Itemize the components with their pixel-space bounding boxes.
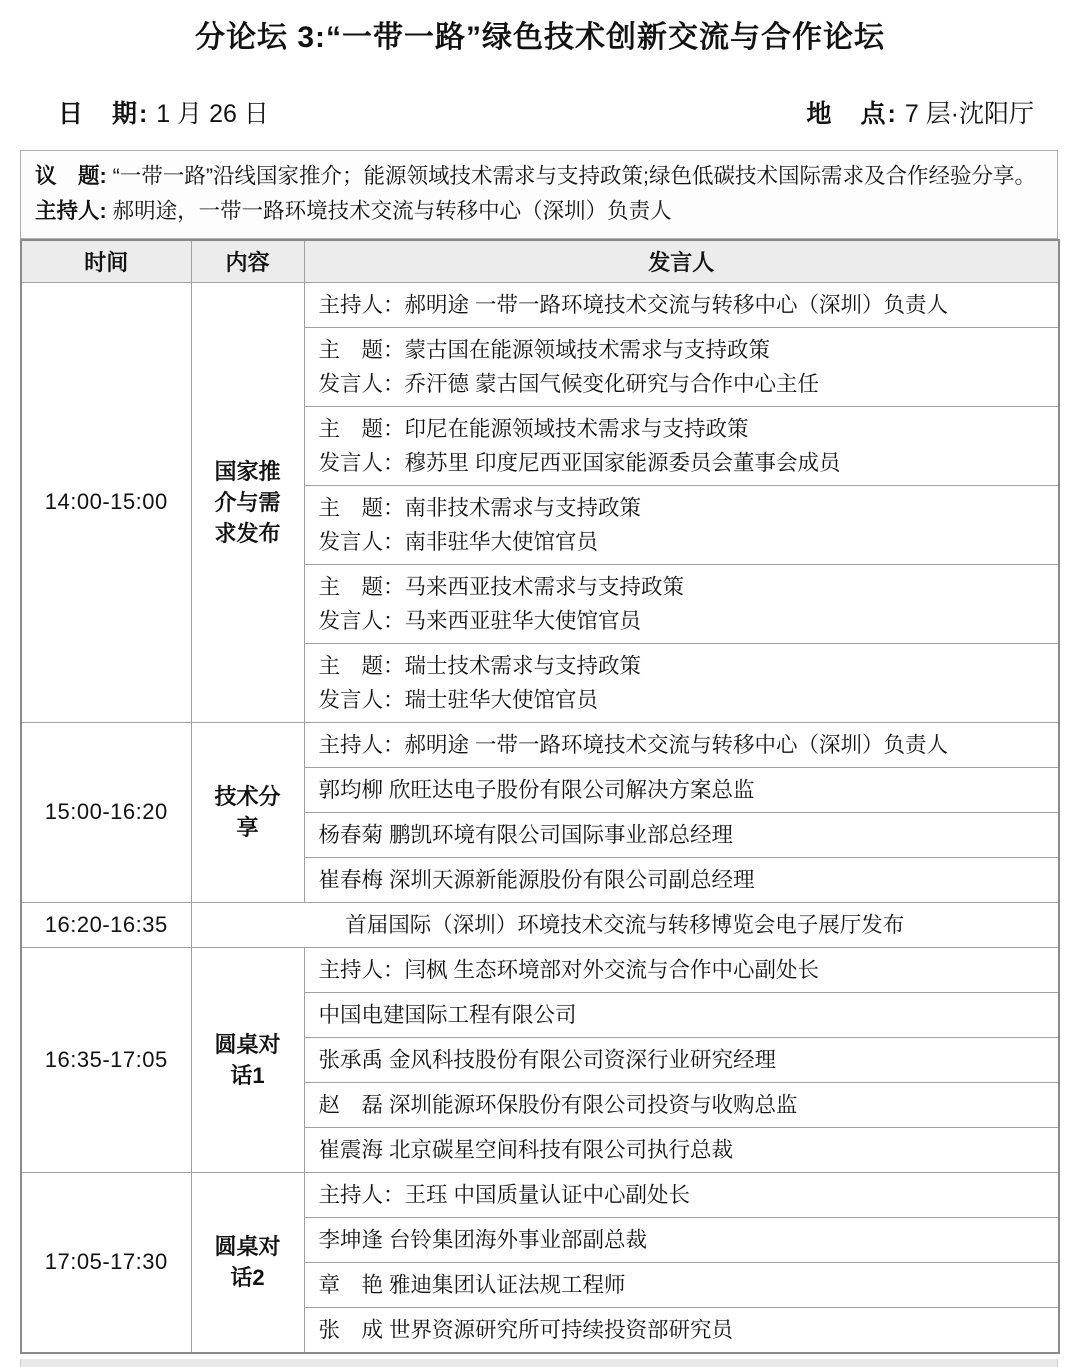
agenda-row: 16:20-16:35首届国际（深圳）环境技术交流与转移博览会电子展厅发布: [21, 902, 1059, 947]
speaker-line: 崔春梅 深圳天源新能源股份有限公司副总经理: [319, 863, 1047, 897]
speaker-line: 主 题：蒙古国在能源领域技术需求与支持政策: [319, 333, 1047, 367]
speaker-cell: 主 题：南非技术需求与支持政策发言人：南非驻华大使馆官员: [304, 485, 1059, 564]
time-cell: 14:00-15:00: [21, 282, 191, 722]
speaker-cell: 章 艳 雅迪集团认证法规工程师: [304, 1262, 1059, 1307]
speaker-line: 主持人：郝明途 一带一路环境技术交流与转移中心（深圳）负责人: [319, 288, 1047, 322]
page-title: 分论坛 3:“一带一路”绿色技术创新交流与合作论坛: [0, 0, 1080, 56]
agenda-row: 16:35-17:05圆桌对话1主持人：闫枫 生态环境部对外交流与合作中心副处长: [21, 947, 1059, 992]
speaker-cell: 杨春菊 鹏凯环境有限公司国际事业部总经理: [304, 812, 1059, 857]
date-value: 1 月 26 日: [156, 100, 269, 128]
venue-value: 7 层·沈阳厅: [905, 100, 1034, 128]
speaker-line: 张 成 世界资源研究所可持续投资部研究员: [319, 1313, 1047, 1347]
date-item: 日 期: 1 月 26 日: [58, 94, 269, 130]
speaker-cell: 首届国际（深圳）环境技术交流与转移博览会电子展厅发布: [191, 902, 1059, 947]
speaker-line: 崔震海 北京碳星空间科技有限公司执行总裁: [319, 1133, 1047, 1167]
column-header-time: 时间: [21, 240, 191, 282]
host-text: 郝明途，一带一路环境技术交流与转移中心（深圳）负责人: [113, 199, 672, 223]
speaker-line: 发言人：马来西亚驻华大使馆官员: [319, 604, 1047, 638]
host-label: 主持人:: [35, 199, 107, 223]
speaker-line: 发言人：南非驻华大使馆官员: [319, 525, 1047, 559]
speaker-line: 主 题：马来西亚技术需求与支持政策: [319, 570, 1047, 604]
time-cell: 16:35-17:05: [21, 947, 191, 1172]
speaker-line: 主持人：闫枫 生态环境部对外交流与合作中心副处长: [319, 953, 1047, 987]
speaker-line: 主持人：王珏 中国质量认证中心副处长: [319, 1178, 1047, 1212]
speaker-line: 郭均柳 欣旺达电子股份有限公司解决方案总监: [319, 773, 1047, 807]
speaker-cell: 主 题：马来西亚技术需求与支持政策发言人：马来西亚驻华大使馆官员: [304, 564, 1059, 643]
speaker-line: 主 题：南非技术需求与支持政策: [319, 491, 1047, 525]
speaker-line: 主 题：瑞士技术需求与支持政策: [319, 649, 1047, 683]
content-cell: 国家推介与需求发布: [191, 282, 304, 722]
time-cell: 16:20-16:35: [21, 902, 191, 947]
speaker-line: 中国电建国际工程有限公司: [319, 998, 1047, 1032]
speaker-cell: 主持人：王珏 中国质量认证中心副处长: [304, 1172, 1059, 1217]
column-header-content: 内容: [191, 240, 304, 282]
speaker-line: 发言人：瑞士驻华大使馆官员: [319, 683, 1047, 717]
agenda-row: 15:00-16:20技术分享主持人：郝明途 一带一路环境技术交流与转移中心（深…: [21, 722, 1059, 767]
speaker-cell: 主 题：蒙古国在能源领域技术需求与支持政策发言人：乔汗德 蒙古国气候变化研究与合…: [304, 327, 1059, 406]
speaker-line: 赵 磊 深圳能源环保股份有限公司投资与收购总监: [319, 1088, 1047, 1122]
meta-row: 日 期: 1 月 26 日 地 点: 7 层·沈阳厅: [0, 94, 1080, 130]
speaker-cell: 主持人：郝明途 一带一路环境技术交流与转移中心（深圳）负责人: [304, 722, 1059, 767]
agenda-page: 分论坛 3:“一带一路”绿色技术创新交流与合作论坛 日 期: 1 月 26 日 …: [0, 0, 1080, 1367]
speaker-cell: 主 题：印尼在能源领域技术需求与支持政策发言人：穆苏里 印度尼西亚国家能源委员会…: [304, 406, 1059, 485]
date-label: 日 期:: [58, 100, 149, 128]
speaker-line: 主持人：郝明途 一带一路环境技术交流与转移中心（深圳）负责人: [319, 728, 1047, 762]
speaker-line: 首届国际（深圳）环境技术交流与转移博览会电子展厅发布: [204, 908, 1047, 942]
topic-text: “一带一路”沿线国家推介；能源领域技术需求与支持政策;绿色低碳技术国际需求及合作…: [113, 164, 1036, 188]
speaker-cell: 主 题：瑞士技术需求与支持政策发言人：瑞士驻华大使馆官员: [304, 643, 1059, 722]
speaker-line: 张承禹 金风科技股份有限公司资深行业研究经理: [319, 1043, 1047, 1077]
topic-host-box: 议 题: “一带一路”沿线国家推介；能源领域技术需求与支持政策;绿色低碳技术国际…: [20, 150, 1058, 239]
column-header-speaker: 发言人: [304, 240, 1059, 282]
time-cell: 17:05-17:30: [21, 1172, 191, 1353]
speaker-cell: 崔春梅 深圳天源新能源股份有限公司副总经理: [304, 857, 1059, 902]
venue-label: 地 点:: [807, 100, 898, 128]
agenda-row: 17:05-17:30圆桌对话2主持人：王珏 中国质量认证中心副处长: [21, 1172, 1059, 1217]
agenda-row: 14:00-15:00国家推介与需求发布主持人：郝明途 一带一路环境技术交流与转…: [21, 282, 1059, 327]
table-header-row: 时间 内容 发言人: [21, 240, 1059, 282]
speaker-cell: 赵 磊 深圳能源环保股份有限公司投资与收购总监: [304, 1082, 1059, 1127]
speaker-line: 主 题：印尼在能源领域技术需求与支持政策: [319, 412, 1047, 446]
next-row-partial-strip: [20, 1359, 1058, 1367]
speaker-line: 发言人：乔汗德 蒙古国气候变化研究与合作中心主任: [319, 367, 1047, 401]
speaker-line: 李坤逢 台铃集团海外事业部副总裁: [319, 1223, 1047, 1257]
speaker-cell: 张 成 世界资源研究所可持续投资部研究员: [304, 1307, 1059, 1353]
speaker-cell: 主持人：郝明途 一带一路环境技术交流与转移中心（深圳）负责人: [304, 282, 1059, 327]
speaker-cell: 中国电建国际工程有限公司: [304, 992, 1059, 1037]
agenda-table: 时间 内容 发言人 14:00-15:00国家推介与需求发布主持人：郝明途 一带…: [20, 239, 1060, 1354]
speaker-cell: 李坤逢 台铃集团海外事业部副总裁: [304, 1217, 1059, 1262]
speaker-cell: 张承禹 金风科技股份有限公司资深行业研究经理: [304, 1037, 1059, 1082]
time-cell: 15:00-16:20: [21, 722, 191, 902]
speaker-line: 章 艳 雅迪集团认证法规工程师: [319, 1268, 1047, 1302]
content-cell: 圆桌对话2: [191, 1172, 304, 1353]
topic-label: 议 题:: [35, 164, 107, 188]
speaker-line: 杨春菊 鹏凯环境有限公司国际事业部总经理: [319, 818, 1047, 852]
speaker-cell: 郭均柳 欣旺达电子股份有限公司解决方案总监: [304, 767, 1059, 812]
speaker-cell: 主持人：闫枫 生态环境部对外交流与合作中心副处长: [304, 947, 1059, 992]
speaker-cell: 崔震海 北京碳星空间科技有限公司执行总裁: [304, 1127, 1059, 1172]
venue-item: 地 点: 7 层·沈阳厅: [807, 94, 1034, 130]
content-cell: 技术分享: [191, 722, 304, 902]
speaker-line: 发言人：穆苏里 印度尼西亚国家能源委员会董事会成员: [319, 446, 1047, 480]
content-cell: 圆桌对话1: [191, 947, 304, 1172]
